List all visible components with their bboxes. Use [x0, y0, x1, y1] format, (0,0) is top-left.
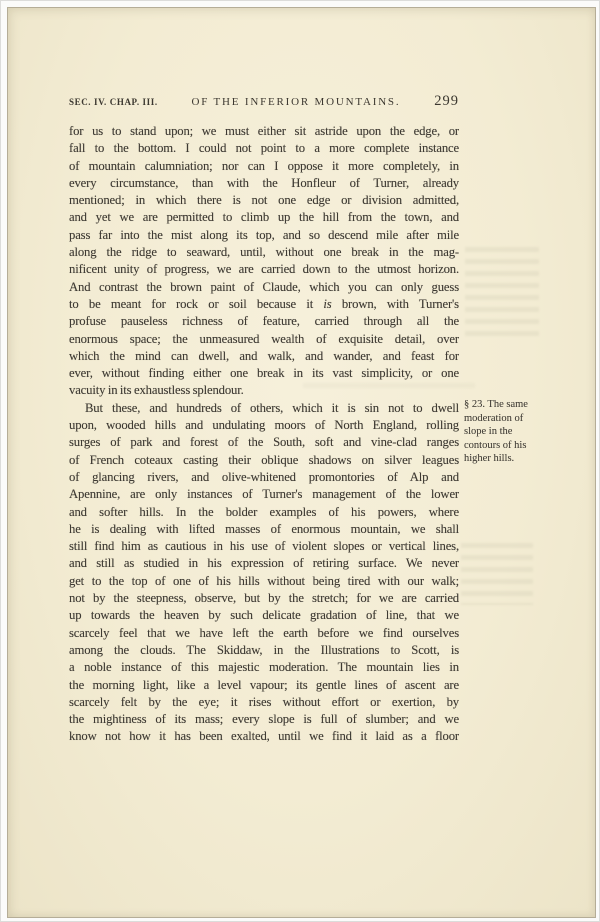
margin-note-line: contours of his — [464, 439, 556, 453]
margin-note-line: higher hills. — [464, 452, 556, 466]
text-line: mentioned; in which there is not one edg… — [69, 192, 459, 209]
text-line: profuse pauseless richness of feature, c… — [69, 313, 459, 330]
text-line: and yet we are permitted to climb up the… — [69, 209, 459, 226]
text-line: And contrast the brown paint of Claude, … — [69, 279, 459, 296]
text-line: the mightiness of its mass; every slope … — [69, 711, 459, 728]
text-line: every circumstance, than with the Honfle… — [69, 175, 459, 192]
margin-note-line: moderation of — [464, 412, 556, 426]
text-line: and still as studied in his expression o… — [69, 555, 459, 572]
running-title: OF THE INFERIOR MOUNTAINS. — [192, 96, 401, 108]
running-head: SEC. IV. CHAP. III. OF THE INFERIOR MOUN… — [69, 93, 459, 110]
text-line: to be meant for rock or soil because it … — [69, 296, 459, 313]
text-line: which the mind can dwell, and walk, and … — [69, 348, 459, 365]
text-line: along the ridge to seaward, until, witho… — [69, 244, 459, 261]
text-line: scarcely feel that we have left the eart… — [69, 625, 459, 642]
text-line: of French coteaux casting their oblique … — [69, 452, 459, 469]
text-line: the morning light, like a level vapour; … — [69, 677, 459, 694]
text-line: know not how it has been exalted, until … — [69, 728, 459, 745]
bleed-through-text — [461, 543, 533, 605]
text-line: up towards the heaven by such delicate g… — [69, 607, 459, 624]
paragraph: But these, and hundreds of others, which… — [69, 400, 459, 746]
page-number: 299 — [434, 93, 459, 110]
text-line: he is dealing with lifted masses of enor… — [69, 521, 459, 538]
bleed-through-text — [465, 247, 539, 337]
text-line: of glancing rivers, and olive-whitened p… — [69, 469, 459, 486]
paragraph: for us to stand upon; we must either sit… — [69, 123, 459, 400]
text-line: not by the steepness, observe, but by th… — [69, 590, 459, 607]
text-line: But these, and hundreds of others, which… — [69, 400, 459, 417]
text-line: get to the top of one of his hills witho… — [69, 573, 459, 590]
text-line: among the clouds. The Skiddaw, in the Il… — [69, 642, 459, 659]
book-page: SEC. IV. CHAP. III. OF THE INFERIOR MOUN… — [7, 7, 596, 918]
text-line: pass far into the mist along its top, an… — [69, 227, 459, 244]
text-line: fall to the bottom. I could not point to… — [69, 140, 459, 157]
text-line: surges of park and forest of the South, … — [69, 434, 459, 451]
margin-note-line: § 23. The same — [464, 398, 556, 412]
text-line: ever, without finding either one break i… — [69, 365, 459, 382]
text-line: upon, wooded hills and undulating moors … — [69, 417, 459, 434]
text-line: vacuity in its exhaustless splendour. — [69, 382, 459, 399]
text-line: of mountain calumniation; nor can I oppo… — [69, 158, 459, 175]
italic-text: is — [323, 297, 331, 311]
margin-note: § 23. The samemoderation ofslope in thec… — [464, 398, 556, 466]
text-segment: to be meant for rock or soil because it — [69, 297, 323, 311]
text-line: for us to stand upon; we must either sit… — [69, 123, 459, 140]
margin-note-line: slope in the — [464, 425, 556, 439]
text-line: nificent unity of progress, we are carri… — [69, 261, 459, 278]
text-line: still find him as cautious in his use of… — [69, 538, 459, 555]
text-line: a noble instance of this majestic modera… — [69, 659, 459, 676]
text-line: enormous space; the unmeasured wealth of… — [69, 331, 459, 348]
text-line: scarcely felt by the eye; it rises witho… — [69, 694, 459, 711]
section-chapter-label: SEC. IV. CHAP. III. — [69, 97, 158, 107]
text-line: and softer hills. In the bolder examples… — [69, 504, 459, 521]
text-segment: brown, with Turner's — [332, 297, 459, 311]
body-text: for us to stand upon; we must either sit… — [69, 123, 459, 746]
text-line: Apennine, are only instances of Turner's… — [69, 486, 459, 503]
